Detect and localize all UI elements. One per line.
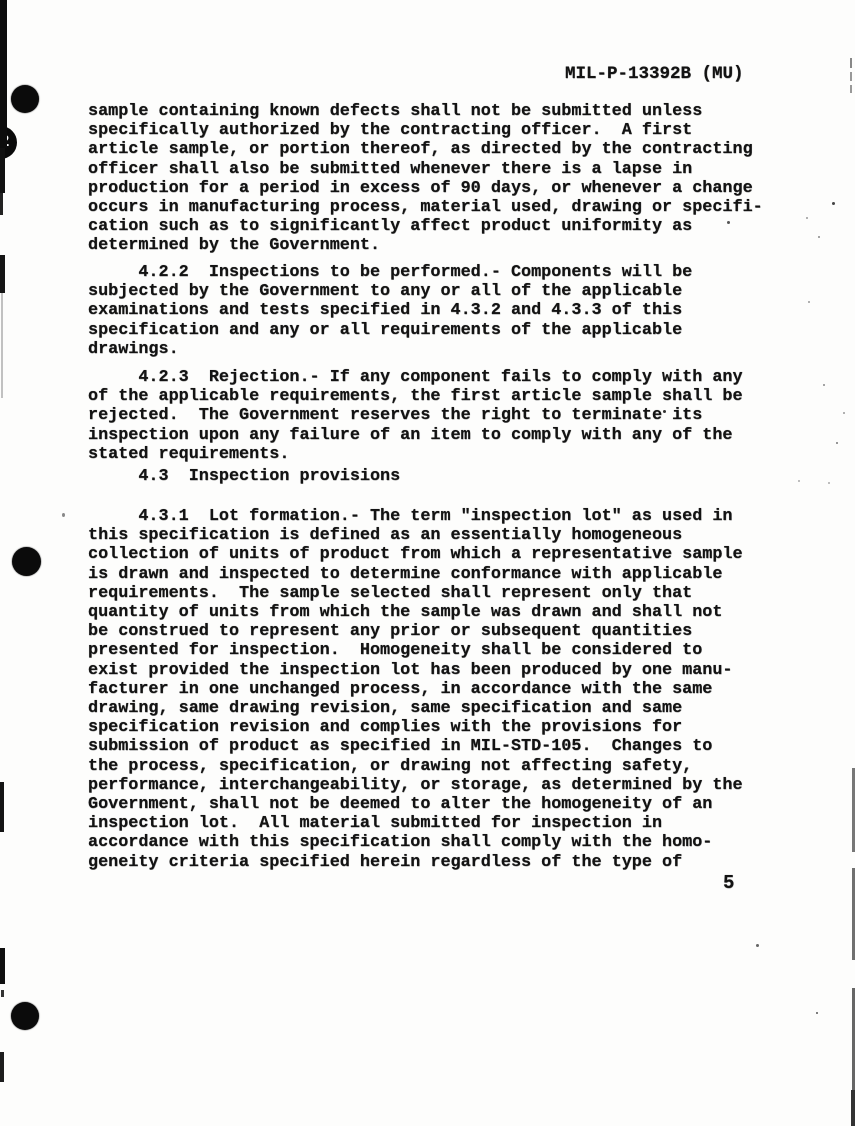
scan-edge-artifact (0, 948, 5, 984)
scan-edge-artifact (0, 1052, 4, 1082)
heading-4-3-inspection-provisions: 4.3 Inspection provisions (88, 467, 400, 486)
scan-edge-artifact (851, 1090, 855, 1126)
scan-edge-artifact (1, 293, 3, 398)
ink-speck (836, 442, 838, 444)
ink-speck (756, 944, 759, 947)
scanned-document-page: MIL-P-13392B (MU) sample containing know… (0, 0, 855, 1126)
binding-dot-icon (11, 85, 39, 113)
scan-edge-artifact (0, 193, 3, 215)
ink-speck (843, 412, 845, 414)
ink-speck (823, 384, 825, 386)
ink-speck (818, 236, 820, 238)
scan-edge-artifact (0, 782, 4, 832)
binding-dot-icon (11, 1002, 39, 1030)
paragraph-4-3-1-lot-formation: 4.3.1 Lot formation.- The term "inspecti… (88, 507, 743, 872)
ink-speck (828, 482, 830, 484)
ink-speck (663, 410, 666, 413)
scan-edge-artifact (850, 72, 852, 81)
paragraph-4-2-3-rejection: 4.2.3 Rejection.- If any component fails… (88, 368, 743, 464)
ink-speck (798, 480, 800, 482)
ink-speck (808, 301, 810, 303)
scan-edge-artifact (850, 85, 852, 93)
scan-edge-artifact (850, 58, 852, 68)
scan-edge-artifact (1, 990, 4, 997)
ink-speck (816, 1012, 818, 1014)
paragraph-4-2-2-inspections: 4.2.2 Inspections to be performed.- Comp… (88, 263, 692, 359)
ink-speck (727, 221, 730, 224)
paragraph-first-article-sample: sample containing known defects shall no… (88, 102, 763, 256)
scan-edge-artifact (0, 255, 5, 293)
page-number: 5 (723, 872, 734, 894)
ink-speck (806, 217, 808, 219)
scan-edge-artifact (0, 148, 5, 193)
ink-speck (832, 202, 835, 205)
binding-dot-icon (12, 547, 41, 576)
ink-speck (62, 513, 65, 517)
spec-number-header: MIL-P-13392B (MU) (565, 63, 744, 85)
scan-edge-artifact (0, 0, 7, 148)
